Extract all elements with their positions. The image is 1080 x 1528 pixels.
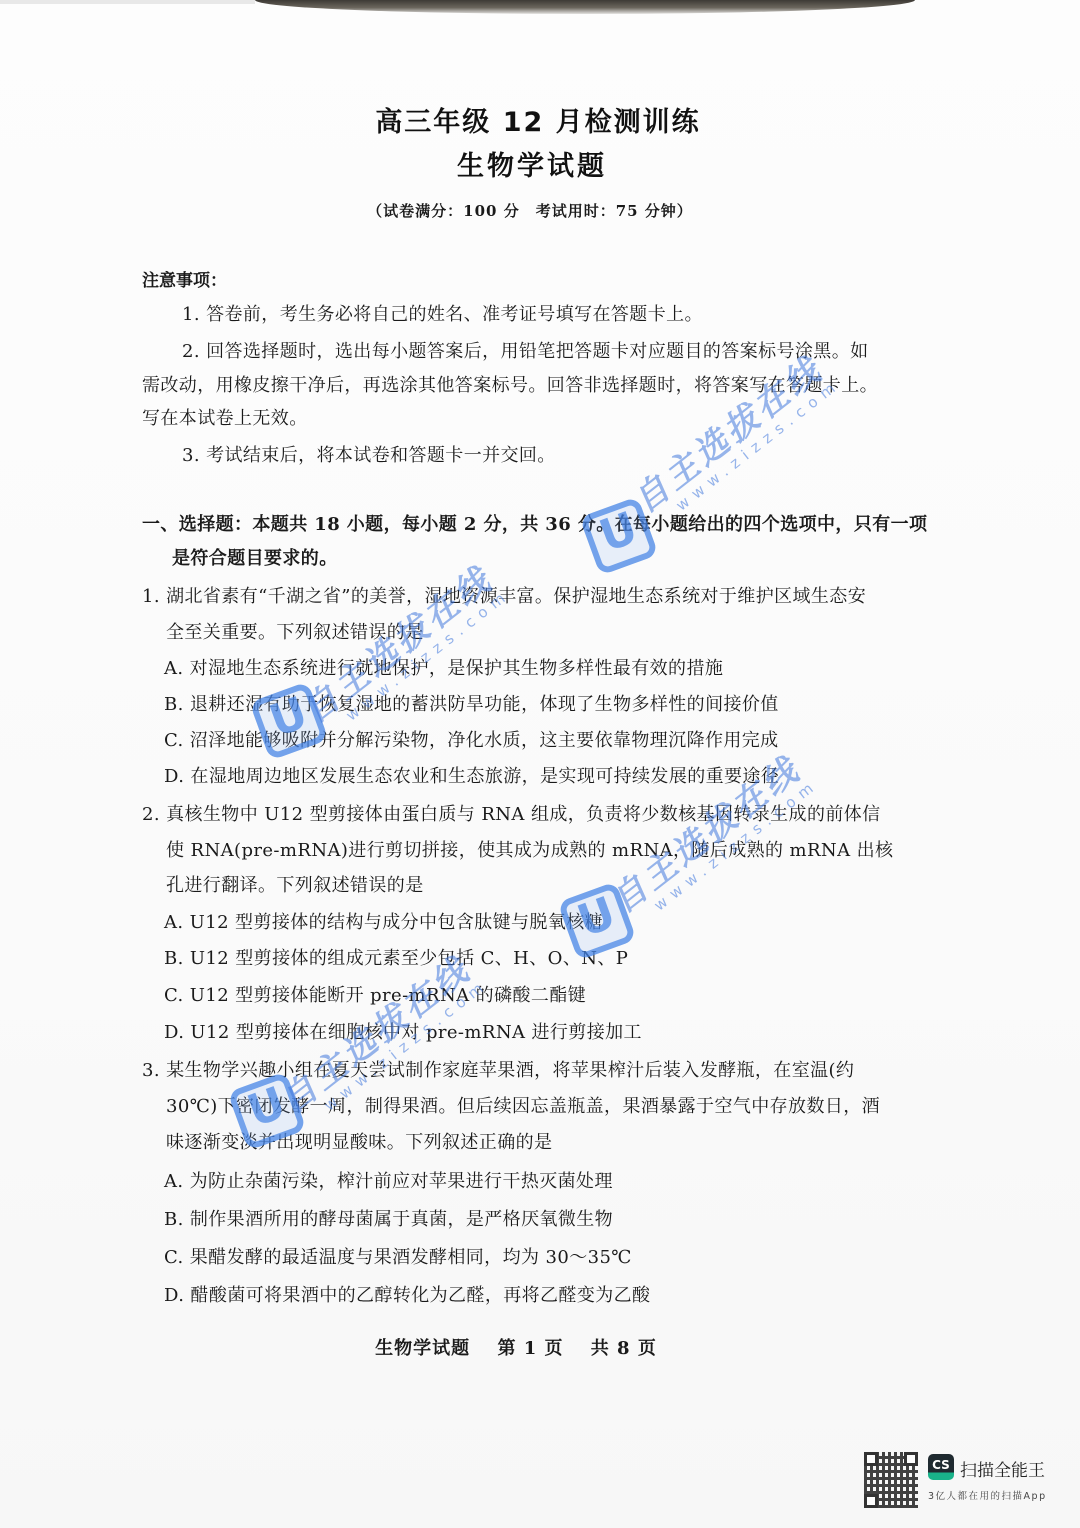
option-c: C. U12 型剪接体能断开 pre-mRNA 的磷酸二酯键	[164, 987, 586, 1005]
option-c: C. 沼泽地能够吸附并分解污染物，净化水质，这主要依靠物理沉降作用完成	[164, 732, 779, 750]
option-a: A. 对湿地生态系统进行就地保护，是保护其生物多样性最有效的措施	[164, 660, 723, 678]
option-d: D. 醋酸菌可将果酒中的乙醇转化为乙醛，再将乙醛变为乙酸	[164, 1287, 650, 1305]
page-footer: 生物学试题 第 1 页 共 8 页	[0, 1334, 1056, 1360]
question-stem: 30℃)下密闭发酵一周，制得果酒。但后续因忘盖瓶盖，果酒暴露于空气中存放数日，酒	[166, 1098, 880, 1116]
scanner-tagline: 3亿人都在用的扫描App	[928, 1488, 1047, 1502]
note-item-continued: 写在本试卷上无效。	[142, 410, 308, 428]
option-b: B. U12 型剪接体的组成元素至少包括 C、H、O、N、P	[164, 950, 628, 968]
option-c: C. 果醋发酵的最适温度与果酒发酵相同，均为 30～35℃	[164, 1249, 632, 1267]
camscanner-logo-icon: CS	[928, 1454, 954, 1480]
option-b: B. 退耕还湿有助于恢复湿地的蓄洪防旱功能，体现了生物多样性的间接价值	[164, 696, 779, 714]
option-d: D. U12 型剪接体在细胞核中对 pre-mRNA 进行剪接加工	[164, 1024, 642, 1042]
scan-edge-shadow	[255, 0, 915, 14]
footer-subject: 生物学试题	[375, 1338, 470, 1359]
note-item: 3. 考试结束后，将本试卷和答题卡一并交回。	[182, 447, 556, 465]
question-stem: 味逐渐变淡并出现明显酸味。下列叙述正确的是	[166, 1134, 552, 1152]
qr-code-icon	[864, 1452, 918, 1508]
exam-page: 高三年级 12 月检测训练 生物学试题 （试卷满分：100 分 考试用时：75 …	[0, 0, 1080, 1528]
note-item-continued: 需改动，用橡皮擦干净后，再选涂其他答案标号。回答非选择题时，将答案写在答题卡上。	[142, 377, 878, 395]
question-stem: 全至关重要。下列叙述错误的是	[166, 624, 424, 642]
note-item: 1. 答卷前，考生务必将自己的姓名、准考证号填写在答题卡上。	[182, 306, 703, 324]
section-heading: 一、选择题：本题共 18 小题，每小题 2 分，共 36 分。在每小题给出的四个…	[142, 516, 927, 534]
question-stem: 3. 某生物学兴趣小组在夏天尝试制作家庭苹果酒，将苹果榨汁后装入发酵瓶，在室温(…	[142, 1062, 854, 1080]
exam-subject-title: 生物学试题	[0, 144, 1072, 183]
section-heading-continued: 是符合题目要求的。	[172, 550, 338, 568]
question-stem: 1. 湖北省素有“千湖之省”的美誉，湿地资源丰富。保护湿地生态系统对于维护区域生…	[142, 588, 866, 606]
option-d: D. 在湿地周边地区发展生态农业和生态旅游，是实现可持续发展的重要途径	[164, 768, 779, 786]
footer-page-number: 第 1 页	[497, 1338, 563, 1359]
notes-heading: 注意事项：	[142, 266, 227, 291]
option-a: A. U12 型剪接体的结构与成分中包含肽键与脱氧核糖	[164, 914, 603, 932]
option-b: B. 制作果酒所用的酵母菌属于真菌，是严格厌氧微生物	[164, 1211, 613, 1229]
question-stem: 2. 真核生物中 U12 型剪接体由蛋白质与 RNA 组成，负责将少数核基因转录…	[142, 806, 881, 824]
scanner-app-badge: CS 扫描全能王 3亿人都在用的扫描App	[862, 1452, 1062, 1512]
watermark-logo-icon	[579, 496, 658, 575]
note-item: 2. 回答选择题时，选出每小题答案后，用铅笔把答题卡对应题目的答案标号涂黑。如	[182, 343, 869, 361]
option-a: A. 为防止杂菌污染，榨汁前应对苹果进行干热灭菌处理	[164, 1173, 613, 1191]
scan-edge	[0, 0, 255, 4]
footer-total-pages: 共 8 页	[591, 1338, 657, 1359]
exam-title: 高三年级 12 月检测训练	[0, 100, 1078, 139]
watermark: 自主选拔在线 www.zizzs.com	[621, 340, 844, 533]
question-stem: 孔进行翻译。下列叙述错误的是	[166, 877, 424, 895]
exam-info: （试卷满分：100 分 考试用时：75 分钟）	[0, 200, 1070, 221]
question-stem: 使 RNA(pre-mRNA)进行剪切拼接，使其成为成熟的 mRNA，随后成熟的…	[166, 842, 893, 860]
scanner-app-name: 扫描全能王	[960, 1456, 1045, 1481]
